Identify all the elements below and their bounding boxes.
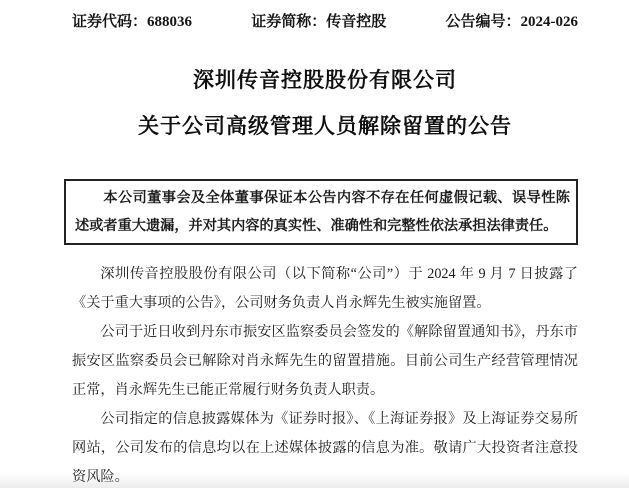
stock-code: 证券代码：688036 [72,13,192,32]
paragraph-designated-media: 公司指定的信息披露媒体为《证券时报》、《上海证券报》及上海证券交易所网站，公司发… [72,405,578,488]
announcement-number-label: 公告编号： [445,14,520,30]
stock-short-name-label: 证券简称： [251,14,326,30]
announcement-number-value: 2024-026 [521,14,579,30]
announcement-number: 公告编号：2024-026 [445,13,578,32]
company-name-title: 深圳传音控股股份有限公司 [72,68,578,93]
disclaimer-text: 本公司董事会及全体董事保证本公告内容不存在任何虚假记载、误导性陈述或者重大遗漏，… [75,184,570,240]
paragraph-prior-disclosure: 深圳传音控股股份有限公司（以下简称“公司”）于 2024 年 9 月 7 日披露… [72,260,578,318]
securities-header: 证券代码：688036 证券简称：传音控股 公告编号：2024-026 [72,13,578,32]
disclaimer-box: 本公司董事会及全体董事保证本公告内容不存在任何虚假记载、误导性陈述或者重大遗漏，… [64,179,578,245]
paragraph-lifting-of-detention: 公司于近日收到丹东市振安区监察委员会签发的《解除留置通知书》，丹东市振安区监察委… [72,318,578,405]
stock-code-value: 688036 [147,14,192,30]
announcement-document: 证券代码：688036 证券简称：传音控股 公告编号：2024-026 深圳传音… [0,0,629,488]
stock-code-label: 证券代码： [72,14,147,30]
stock-short-name: 证券简称：传音控股 [251,13,386,32]
announcement-subject-title: 关于公司高级管理人员解除留置的公告 [72,114,578,139]
stock-short-name-value: 传音控股 [326,14,386,30]
